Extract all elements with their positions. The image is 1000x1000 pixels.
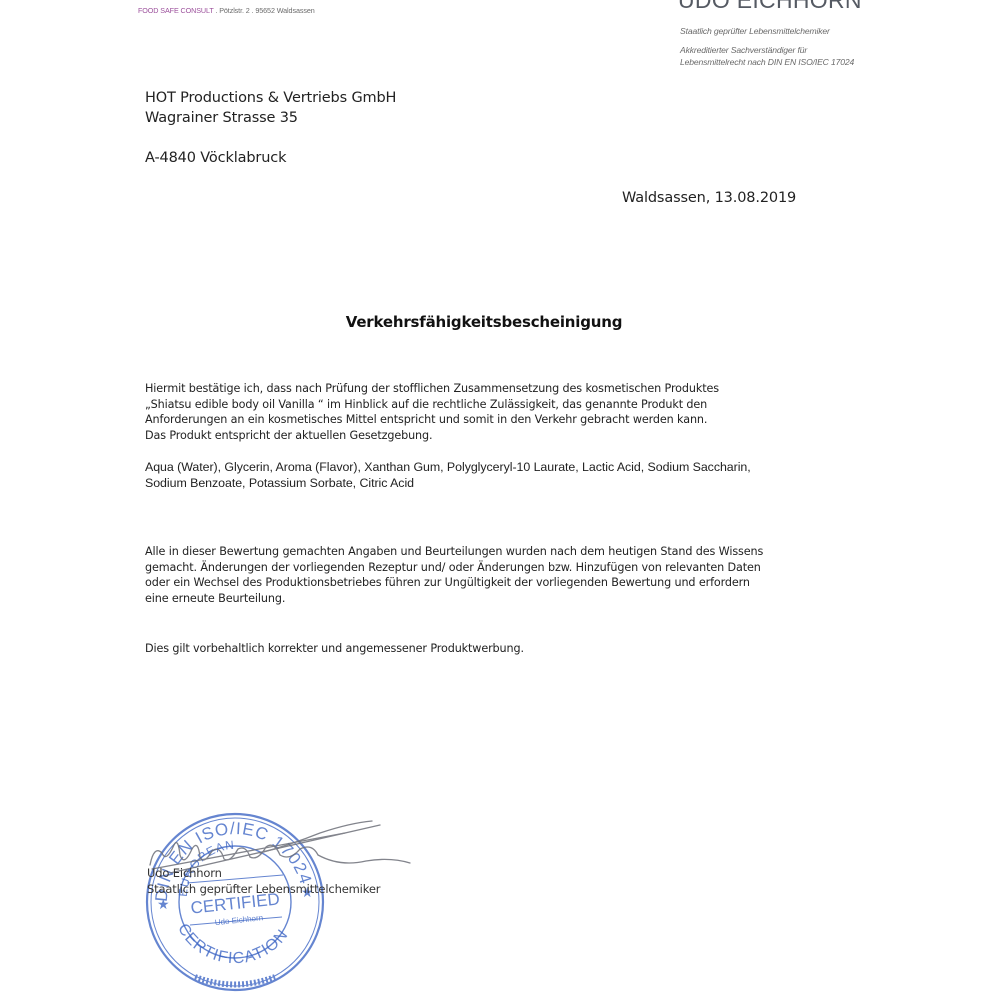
disclaimer-paragraph: Alle in dieser Bewertung gemachten Angab…: [145, 544, 763, 607]
letterhead-accreditation-line2: Lebensmittelrecht nach DIN EN ISO/IEC 17…: [680, 57, 854, 67]
stamp-bottom-text: CERTIFICATION: [174, 921, 292, 968]
recipient-street: Wagrainer Strasse 35: [145, 110, 298, 126]
document-title: Verkehrsfähigkeitsbescheinigung: [0, 313, 968, 331]
letterhead-accreditation-line1: Akkreditierter Sachverständiger für: [680, 45, 807, 55]
sender-address-line: FOOD SAFE CONSULT . Pötzlstr. 2 . 95652 …: [138, 6, 315, 15]
date-line: Waldsassen, 13.08.2019: [622, 190, 796, 206]
advertising-clause: Dies gilt vorbehaltlich korrekter und an…: [145, 641, 524, 657]
signatory-title: Staatlich geprüfter Lebensmittelchemiker: [147, 882, 380, 896]
stamp-holder-text: Udo Eichhorn: [214, 913, 263, 927]
signatory-name: Udo Eichhorn: [147, 866, 222, 880]
letterhead-name: UDO EICHHORN: [678, 0, 862, 14]
sender-address: . Pötzlstr. 2 . 95652 Waldsassen: [214, 6, 315, 15]
ingredients-list: Aqua (Water), Glycerin, Aroma (Flavor), …: [145, 459, 751, 491]
recipient-company: HOT Productions & Vertriebs GmbH: [145, 90, 396, 106]
recipient-city: A-4840 Vöcklabruck: [145, 150, 286, 166]
svg-text:CERTIFICATION: CERTIFICATION: [174, 921, 292, 968]
confirmation-paragraph: Hiermit bestätige ich, dass nach Prüfung…: [145, 381, 719, 444]
svg-text:★: ★: [157, 896, 170, 912]
sender-brand: FOOD SAFE CONSULT: [138, 6, 214, 15]
letterhead-qualification: Staatlich geprüfter Lebensmittelchemiker: [680, 26, 830, 36]
